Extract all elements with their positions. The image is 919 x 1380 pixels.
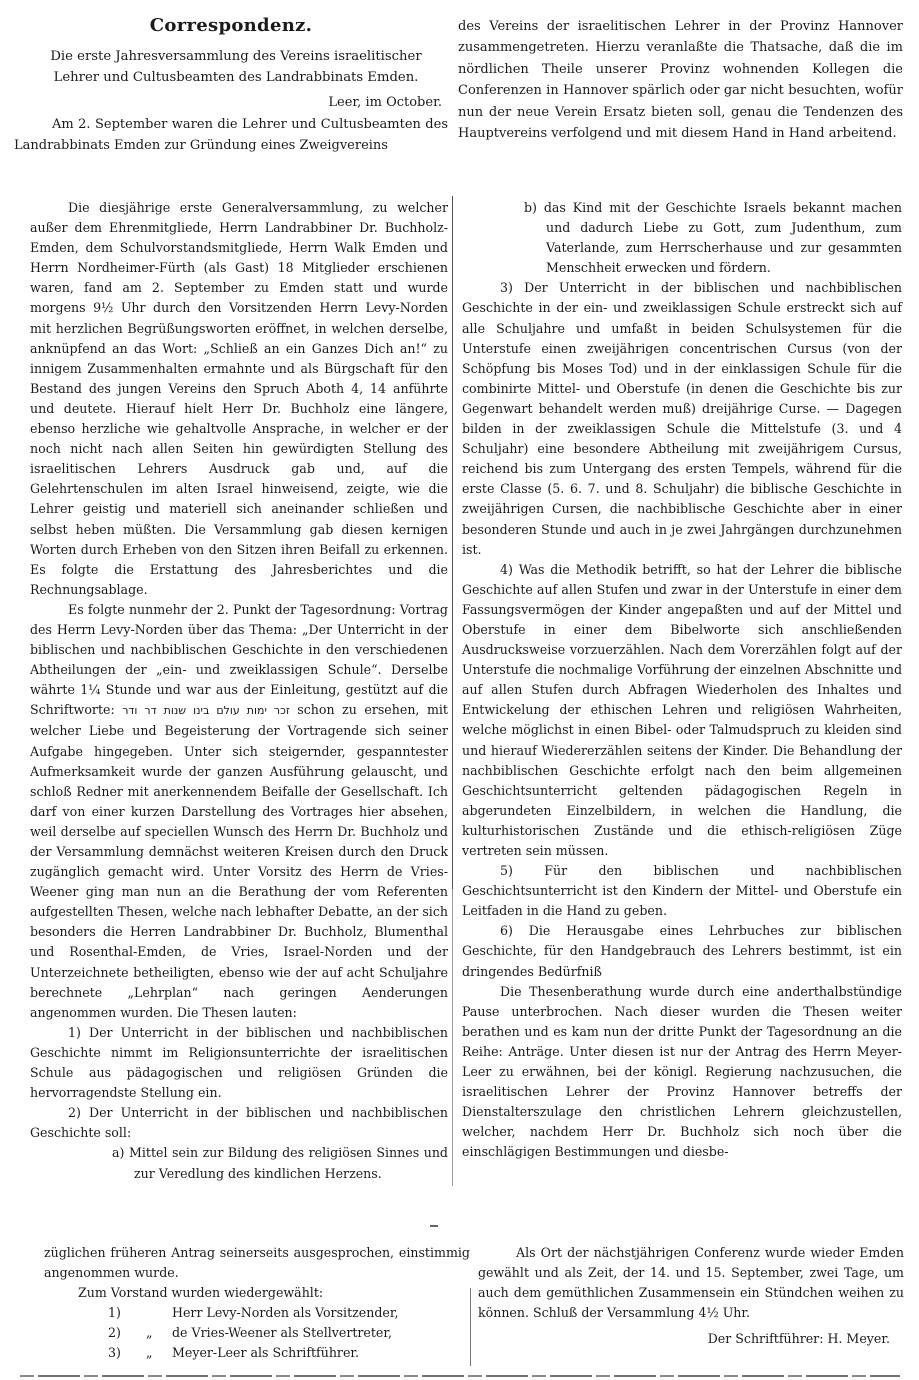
board-member-text: Meyer-Leer als Schriftführer.: [172, 1343, 359, 1363]
article-subtitle: Die erste Jahresversammlung des Vereins …: [14, 46, 448, 88]
thesis-6: 6) Die Herausgabe eines Lehrbuches zur b…: [462, 921, 902, 981]
thesis-3: 3) Der Unterricht in der biblischen und …: [462, 278, 902, 559]
board-member-row: 3) „ Meyer-Leer als Schriftführer.: [108, 1343, 470, 1363]
thesis-1: 1) Der Unterricht in der biblischen und …: [30, 1023, 448, 1103]
paragraph-motions: Die Thesenberathung wurde durch eine and…: [462, 982, 902, 1163]
board-number: 3): [108, 1343, 146, 1363]
signature: Der Schriftführer: H. Meyer.: [478, 1329, 904, 1349]
article-headline: Correspondenz.: [14, 14, 448, 38]
lecture-text-before: Es folgte nunmehr der 2. Punkt der Tages…: [30, 602, 448, 717]
ditto-mark: „: [146, 1343, 172, 1363]
thesis-2-intro: 2) Der Unterricht in der biblischen und …: [30, 1103, 448, 1143]
thesis-4: 4) Was die Methodik betrifft, so hat der…: [462, 560, 902, 861]
left-column: Die diesjährige erste Generalversammlung…: [30, 198, 448, 1184]
board-member-text: Herr Levy-Norden als Vorsitzender,: [172, 1303, 398, 1323]
bottom-right-block: Als Ort der nächstjährigen Conferenz wur…: [478, 1243, 904, 1349]
subtitle-line-1: Die erste Jahresversammlung des Vereins …: [24, 46, 448, 67]
board-number: 2): [108, 1323, 146, 1343]
lecture-text-after: schon zu ersehen, mit welcher Liebe und …: [30, 702, 448, 1019]
paragraph-general-assembly: Die diesjährige erste Generalversammlung…: [30, 198, 448, 600]
board-member-text: de Vries-Weener als Stellvertreter,: [172, 1323, 392, 1343]
article-header-block: Correspondenz. Die erste Jahresversammlu…: [14, 0, 448, 156]
subtitle-line-2: Lehrer und Cultusbeamten des Landrabbina…: [24, 67, 448, 88]
thesis-2-item-a: a) Mittel sein zur Bildung des religiöse…: [30, 1143, 448, 1183]
intro-paragraph-right: des Vereins der israelitischen Lehrer in…: [458, 16, 903, 144]
bottom-left-block: züglichen früheren Antrag seinerseits au…: [44, 1243, 470, 1364]
thesis-2-item-b: b) das Kind mit der Geschichte Israels b…: [462, 198, 902, 278]
column-divider: [452, 196, 453, 1186]
right-column: b) das Kind mit der Geschichte Israels b…: [462, 198, 902, 1163]
motion-continuation: züglichen früheren Antrag seinerseits au…: [44, 1243, 470, 1283]
thesis-5: 5) Für den biblischen und nachbiblischen…: [462, 861, 902, 921]
dateline: Leer, im October.: [14, 92, 448, 114]
board-member-row: 2) „ de Vries-Weener als Stellvertreter,: [108, 1323, 470, 1343]
board-list: 1) Herr Levy-Norden als Vorsitzender, 2)…: [44, 1303, 470, 1363]
separator-mark: [430, 1225, 438, 1227]
bottom-column-divider: [470, 1288, 471, 1366]
board-intro: Zum Vorstand wurden wiedergewählt:: [44, 1283, 470, 1303]
paragraph-lecture: Es folgte nunmehr der 2. Punkt der Tages…: [30, 600, 448, 1023]
intro-paragraph-left: Am 2. September waren die Lehrer und Cul…: [14, 114, 448, 156]
newspaper-page: Correspondenz. Die erste Jahresversammlu…: [0, 0, 919, 1380]
board-number: 1): [108, 1303, 146, 1323]
closing-paragraph: Als Ort der nächstjährigen Conferenz wur…: [478, 1243, 904, 1323]
board-member-row: 1) Herr Levy-Norden als Vorsitzender,: [108, 1303, 470, 1323]
ditto-mark: [146, 1303, 172, 1323]
hebrew-quote: זכר ימות עולם בינו שנות דר ודר: [122, 704, 290, 717]
intro-continuation-block: des Vereins der israelitischen Lehrer in…: [458, 16, 903, 144]
ditto-mark: „: [146, 1323, 172, 1343]
bottom-rule: [20, 1375, 900, 1377]
